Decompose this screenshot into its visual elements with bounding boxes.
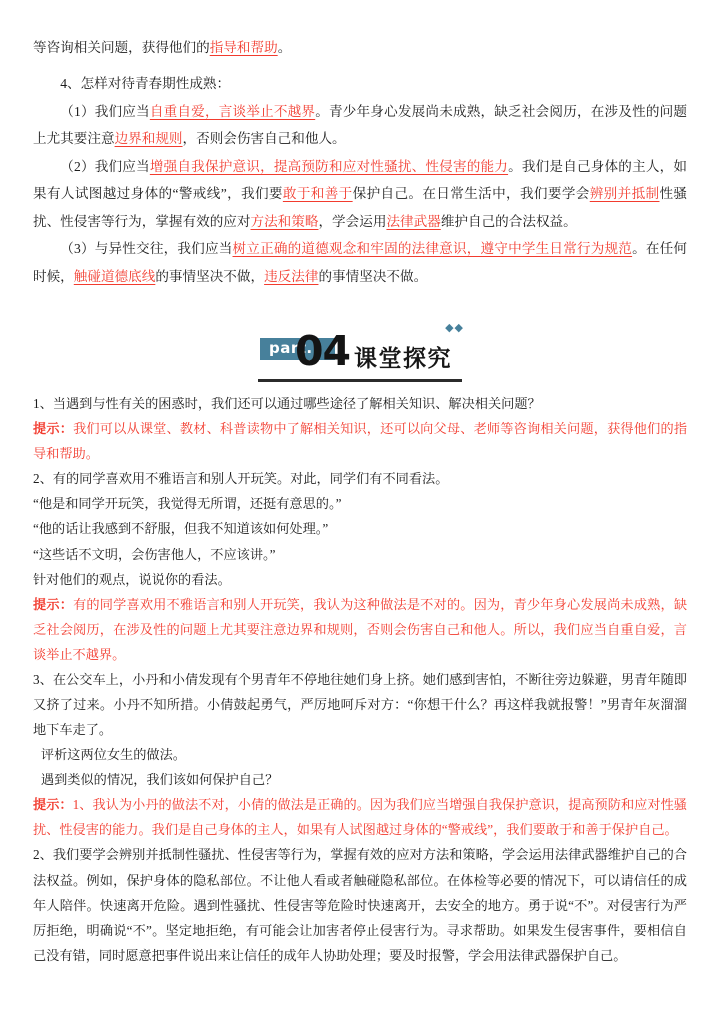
notes-continuation-line: 等咨询相关问题，获得他们的指导和帮助。 — [33, 34, 687, 61]
part-number: 04 — [295, 325, 350, 377]
highlighted-term: 增强自我保护意识，提高预防和应对性骚扰、性侵害的能力 — [150, 159, 508, 174]
exercise-2-prompt: 针对他们的观点，说说你的看法。 — [33, 567, 687, 592]
highlighted-term: 违反法律 — [264, 269, 318, 284]
highlighted-term: 树立正确的道德观念和牢固的法律意识，遵守中学生日常行为规范 — [233, 241, 633, 256]
text-run: 等咨询相关问题，获得他们的 — [33, 40, 210, 55]
diamond-decoration-icon: ◆◆ — [445, 321, 464, 334]
text-run: 的事情坚决不做。 — [318, 269, 427, 284]
highlighted-term: 辨别并抵制 — [590, 186, 660, 201]
hint-text: 1、我认为小丹的做法不对，小倩的做法是正确的。因为我们应当增强自我保护意识，提高… — [33, 797, 687, 837]
banner-title: 课堂探究 — [354, 340, 452, 373]
exercise-1-question: 1、当遇到与性有关的困惑时，我们还可以通过哪些途径了解相关知识、解决相关问题？ — [33, 391, 687, 416]
exercise-3-hint-paragraph-2: 2、我们要学会辨别并抵制性骚扰、性侵害等行为，掌握有效的应对方法和策略，学会运用… — [33, 842, 687, 967]
text-run: （1）我们应当 — [60, 104, 150, 119]
highlighted-term: 边界和规则 — [115, 131, 183, 146]
exercise-3-prompt-1: 评析这两位女生的做法。 — [33, 742, 687, 767]
text-run: 。 — [278, 40, 292, 55]
hint-label: 提示： — [33, 421, 73, 436]
hint-label: 提示： — [33, 797, 73, 812]
document-page: 等咨询相关问题，获得他们的指导和帮助。 4、怎样对待青春期性成熟： （1）我们应… — [0, 0, 720, 968]
hint-text: 我们可以从课堂、教材、科普读物中了解相关知识，还可以向父母、老师等咨询相关问题，… — [33, 421, 687, 461]
text-run: 的事情坚决不做， — [155, 269, 264, 284]
text-run: （3）与异性交往，我们应当 — [60, 241, 232, 256]
text-run: ，否则会伤害自己和他人。 — [183, 131, 346, 146]
exercise-section: 1、当遇到与性有关的困惑时，我们还可以通过哪些途径了解相关知识、解决相关问题？ … — [33, 391, 687, 968]
hint-label: 提示： — [33, 597, 73, 612]
highlighted-term: 指导和帮助 — [210, 40, 278, 55]
question-4-heading: 4、怎样对待青春期性成熟： — [33, 70, 687, 97]
highlighted-term: 敢于和善于 — [283, 186, 353, 201]
exercise-3-scenario: 3、在公交车上，小丹和小倩发现有个男青年不停地往她们身上挤。她们感到害怕，不断往… — [33, 667, 687, 742]
answer-point-1: （1）我们应当自重自爱，言谈举止不越界。青少年身心发展尚未成熟，缺乏社会阅历，在… — [33, 98, 687, 153]
part-banner: ◆◆ part. 04 课堂探究 — [258, 327, 462, 382]
highlighted-term: 法律武器 — [386, 214, 440, 229]
exercise-2-quote-3: “这些话不文明，会伤害他人，不应该讲。” — [33, 542, 687, 567]
text-run: （2）我们应当 — [60, 159, 150, 174]
answer-point-2: （2）我们应当增强自我保护意识，提高预防和应对性骚扰、性侵害的能力。我们是自己身… — [33, 153, 687, 235]
text-run: 保护自己。在日常生活中，我们要学会 — [353, 186, 590, 201]
highlighted-term: 触碰道德底线 — [74, 269, 156, 284]
text-run: 维护自己的合法权益。 — [441, 214, 577, 229]
exercise-2-quote-1: “他是和同学开玩笑，我觉得无所谓，还挺有意思的。” — [33, 491, 687, 516]
highlighted-term: 方法和策略 — [251, 214, 319, 229]
exercise-2-quote-2: “他的话让我感到不舒服，但我不知道该如何处理。” — [33, 516, 687, 541]
exercise-3-hint-paragraph-1: 提示：1、我认为小丹的做法不对，小倩的做法是正确的。因为我们应当增强自我保护意识… — [33, 792, 687, 842]
notes-section: 等咨询相关问题，获得他们的指导和帮助。 4、怎样对待青春期性成熟： （1）我们应… — [33, 34, 687, 290]
text-run: ，学会运用 — [318, 214, 386, 229]
highlighted-term: 自重自爱，言谈举止不越界 — [150, 104, 315, 119]
hint-text: 有的同学喜欢用不雅语言和别人开玩笑，我认为这种做法是不对的。因为，青少年身心发展… — [33, 597, 687, 662]
exercise-2-hint: 提示：有的同学喜欢用不雅语言和别人开玩笑，我认为这种做法是不对的。因为，青少年身… — [33, 592, 687, 667]
exercise-3-prompt-2: 遇到类似的情况，我们该如何保护自己？ — [33, 767, 687, 792]
exercise-1-hint: 提示：我们可以从课堂、教材、科普读物中了解相关知识，还可以向父母、老师等咨询相关… — [33, 416, 687, 466]
exercise-2-question: 2、有的同学喜欢用不雅语言和别人开玩笑。对此，同学们有不同看法。 — [33, 466, 687, 491]
answer-point-3: （3）与异性交往，我们应当树立正确的道德观念和牢固的法律意识，遵守中学生日常行为… — [33, 235, 687, 290]
